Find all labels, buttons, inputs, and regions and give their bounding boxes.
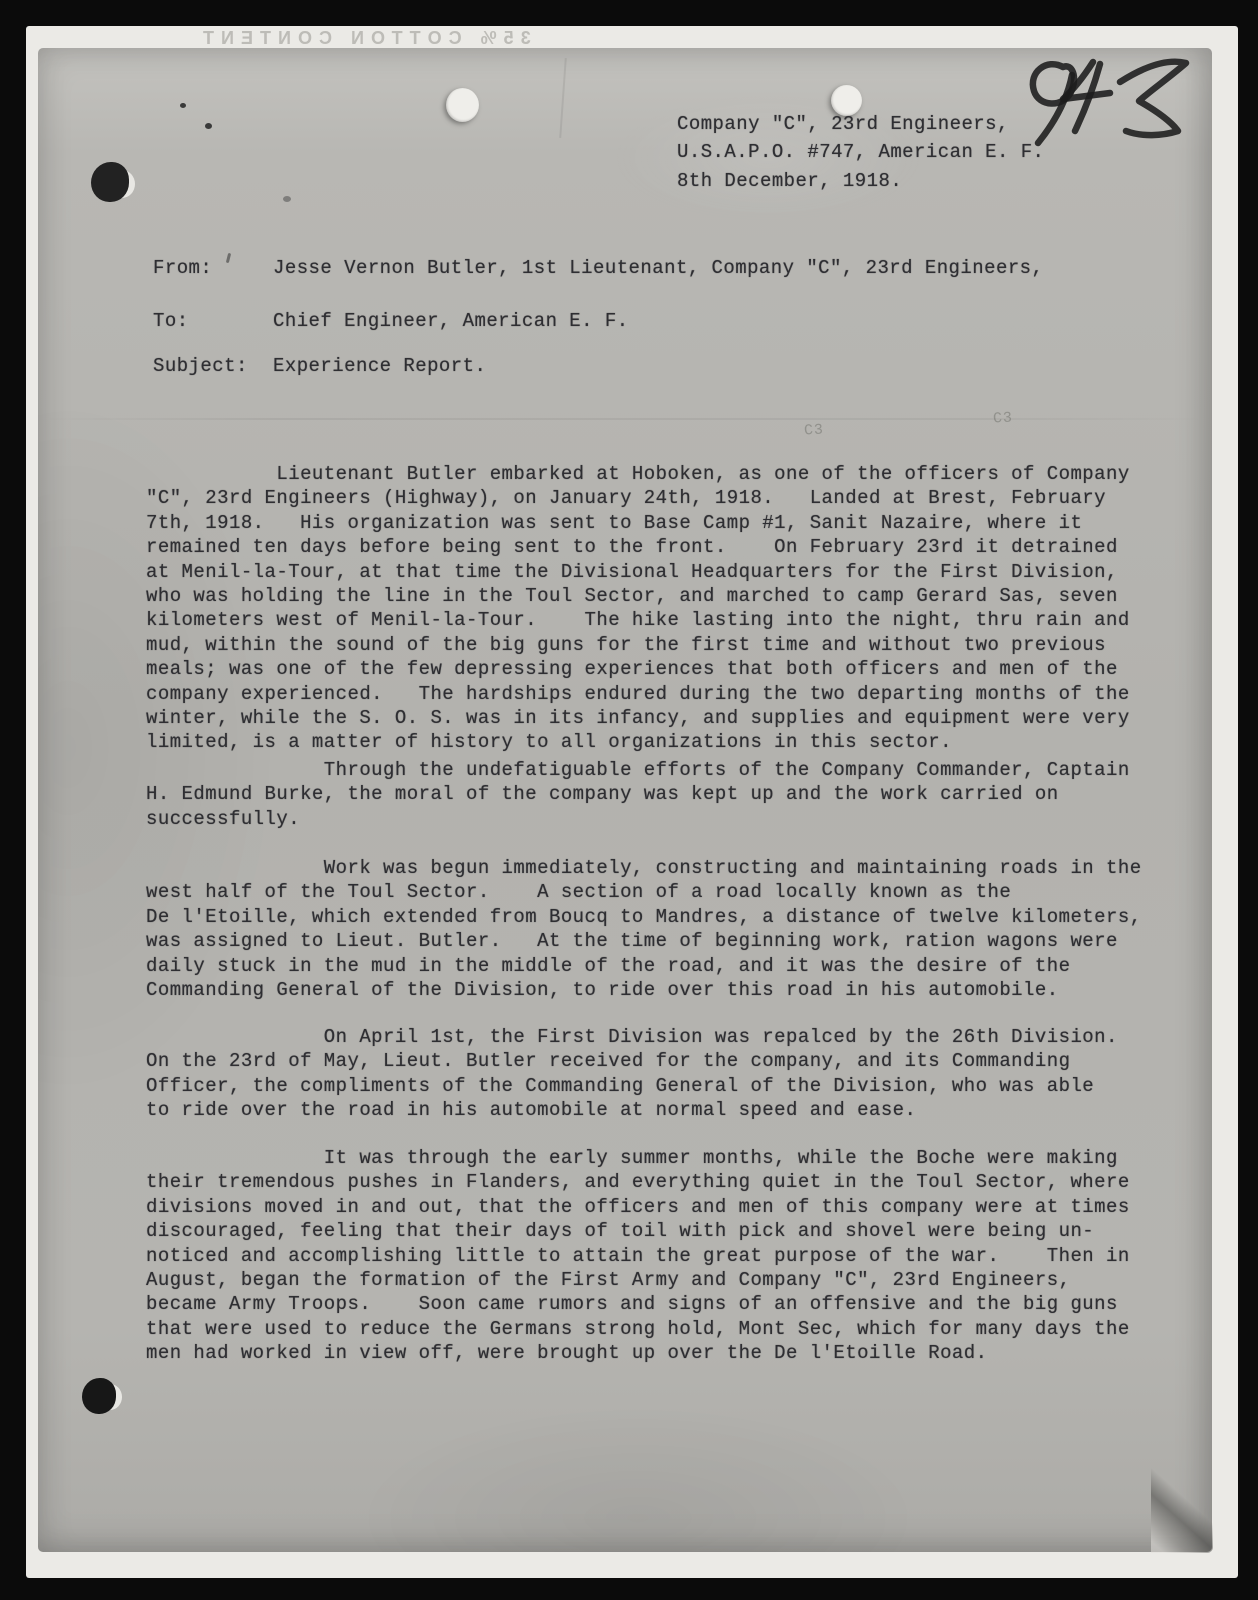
to-label: To: xyxy=(153,309,273,333)
letterhead-unit-line: Company "C", 23rd Engineers, xyxy=(677,110,1044,138)
from-value: Jesse Vernon Butler, 1st Lieutenant, Com… xyxy=(273,257,1043,279)
page-corner-curl xyxy=(1151,1461,1213,1553)
scanned-document: 35% COTTON CONTENT Company "C", 23rd Eng… xyxy=(0,0,1258,1600)
from-label: From: xyxy=(153,256,273,280)
paragraph-text: It was through the early summer months, … xyxy=(146,1146,1146,1366)
letterhead: Company "C", 23rd Engineers, U.S.A.P.O. … xyxy=(677,110,1044,195)
paragraph-text: Lieutenant Butler embarked at Hoboken, a… xyxy=(146,462,1146,755)
ink-smudge xyxy=(91,162,137,204)
faint-stamp-mark: C3 xyxy=(993,409,1014,427)
paragraph-text: Through the undefatiguable efforts of th… xyxy=(146,758,1146,831)
paper-speck xyxy=(205,123,212,129)
punch-hole-ink-blot-bottom-left xyxy=(82,1378,124,1418)
faint-stamp-mark: C3 xyxy=(804,421,825,439)
body-paragraph-5: It was through the early summer months, … xyxy=(146,1146,1146,1366)
paragraph-text: On April 1st, the First Division was rep… xyxy=(146,1025,1146,1123)
meta-row-to: To:Chief Engineer, American E. F. xyxy=(153,309,629,333)
subject-value: Experience Report. xyxy=(273,355,486,377)
paper-speck xyxy=(180,103,186,108)
paper-speck xyxy=(283,196,291,202)
blot-ink xyxy=(82,1378,116,1414)
watermark-mirrored-text: 35% COTTON CONTENT xyxy=(196,27,531,49)
digit-5-zigzag xyxy=(1120,62,1186,135)
letterhead-address-line: U.S.A.P.O. #747, American E. F. xyxy=(677,138,1044,166)
ink-smudge-blot xyxy=(91,162,129,202)
vertical-crease xyxy=(559,58,567,138)
body-paragraph-2: Through the undefatiguable efforts of th… xyxy=(146,758,1146,831)
paragraph-text: Work was begun immediately, constructing… xyxy=(146,856,1146,1002)
body-paragraph-1: Lieutenant Butler embarked at Hoboken, a… xyxy=(146,462,1146,755)
letterhead-date-line: 8th December, 1918. xyxy=(677,167,1044,195)
digit-4-angle xyxy=(1063,62,1110,99)
body-paragraph-3: Work was begun immediately, constructing… xyxy=(146,856,1146,1002)
to-value: Chief Engineer, American E. F. xyxy=(273,310,629,332)
subject-label: Subject: xyxy=(153,354,273,378)
paper-page: Company "C", 23rd Engineers, U.S.A.P.O. … xyxy=(38,48,1212,1552)
body-paragraph-4: On April 1st, the First Division was rep… xyxy=(146,1025,1146,1123)
horizontal-crease xyxy=(38,418,1212,420)
punch-hole-left xyxy=(446,88,479,122)
meta-row-from: From:Jesse Vernon Butler, 1st Lieutenant… xyxy=(153,256,1043,280)
digit-9-loop xyxy=(1033,64,1074,103)
meta-row-subject: Subject:Experience Report. xyxy=(153,354,486,378)
digit-4-stem xyxy=(1075,64,1100,131)
